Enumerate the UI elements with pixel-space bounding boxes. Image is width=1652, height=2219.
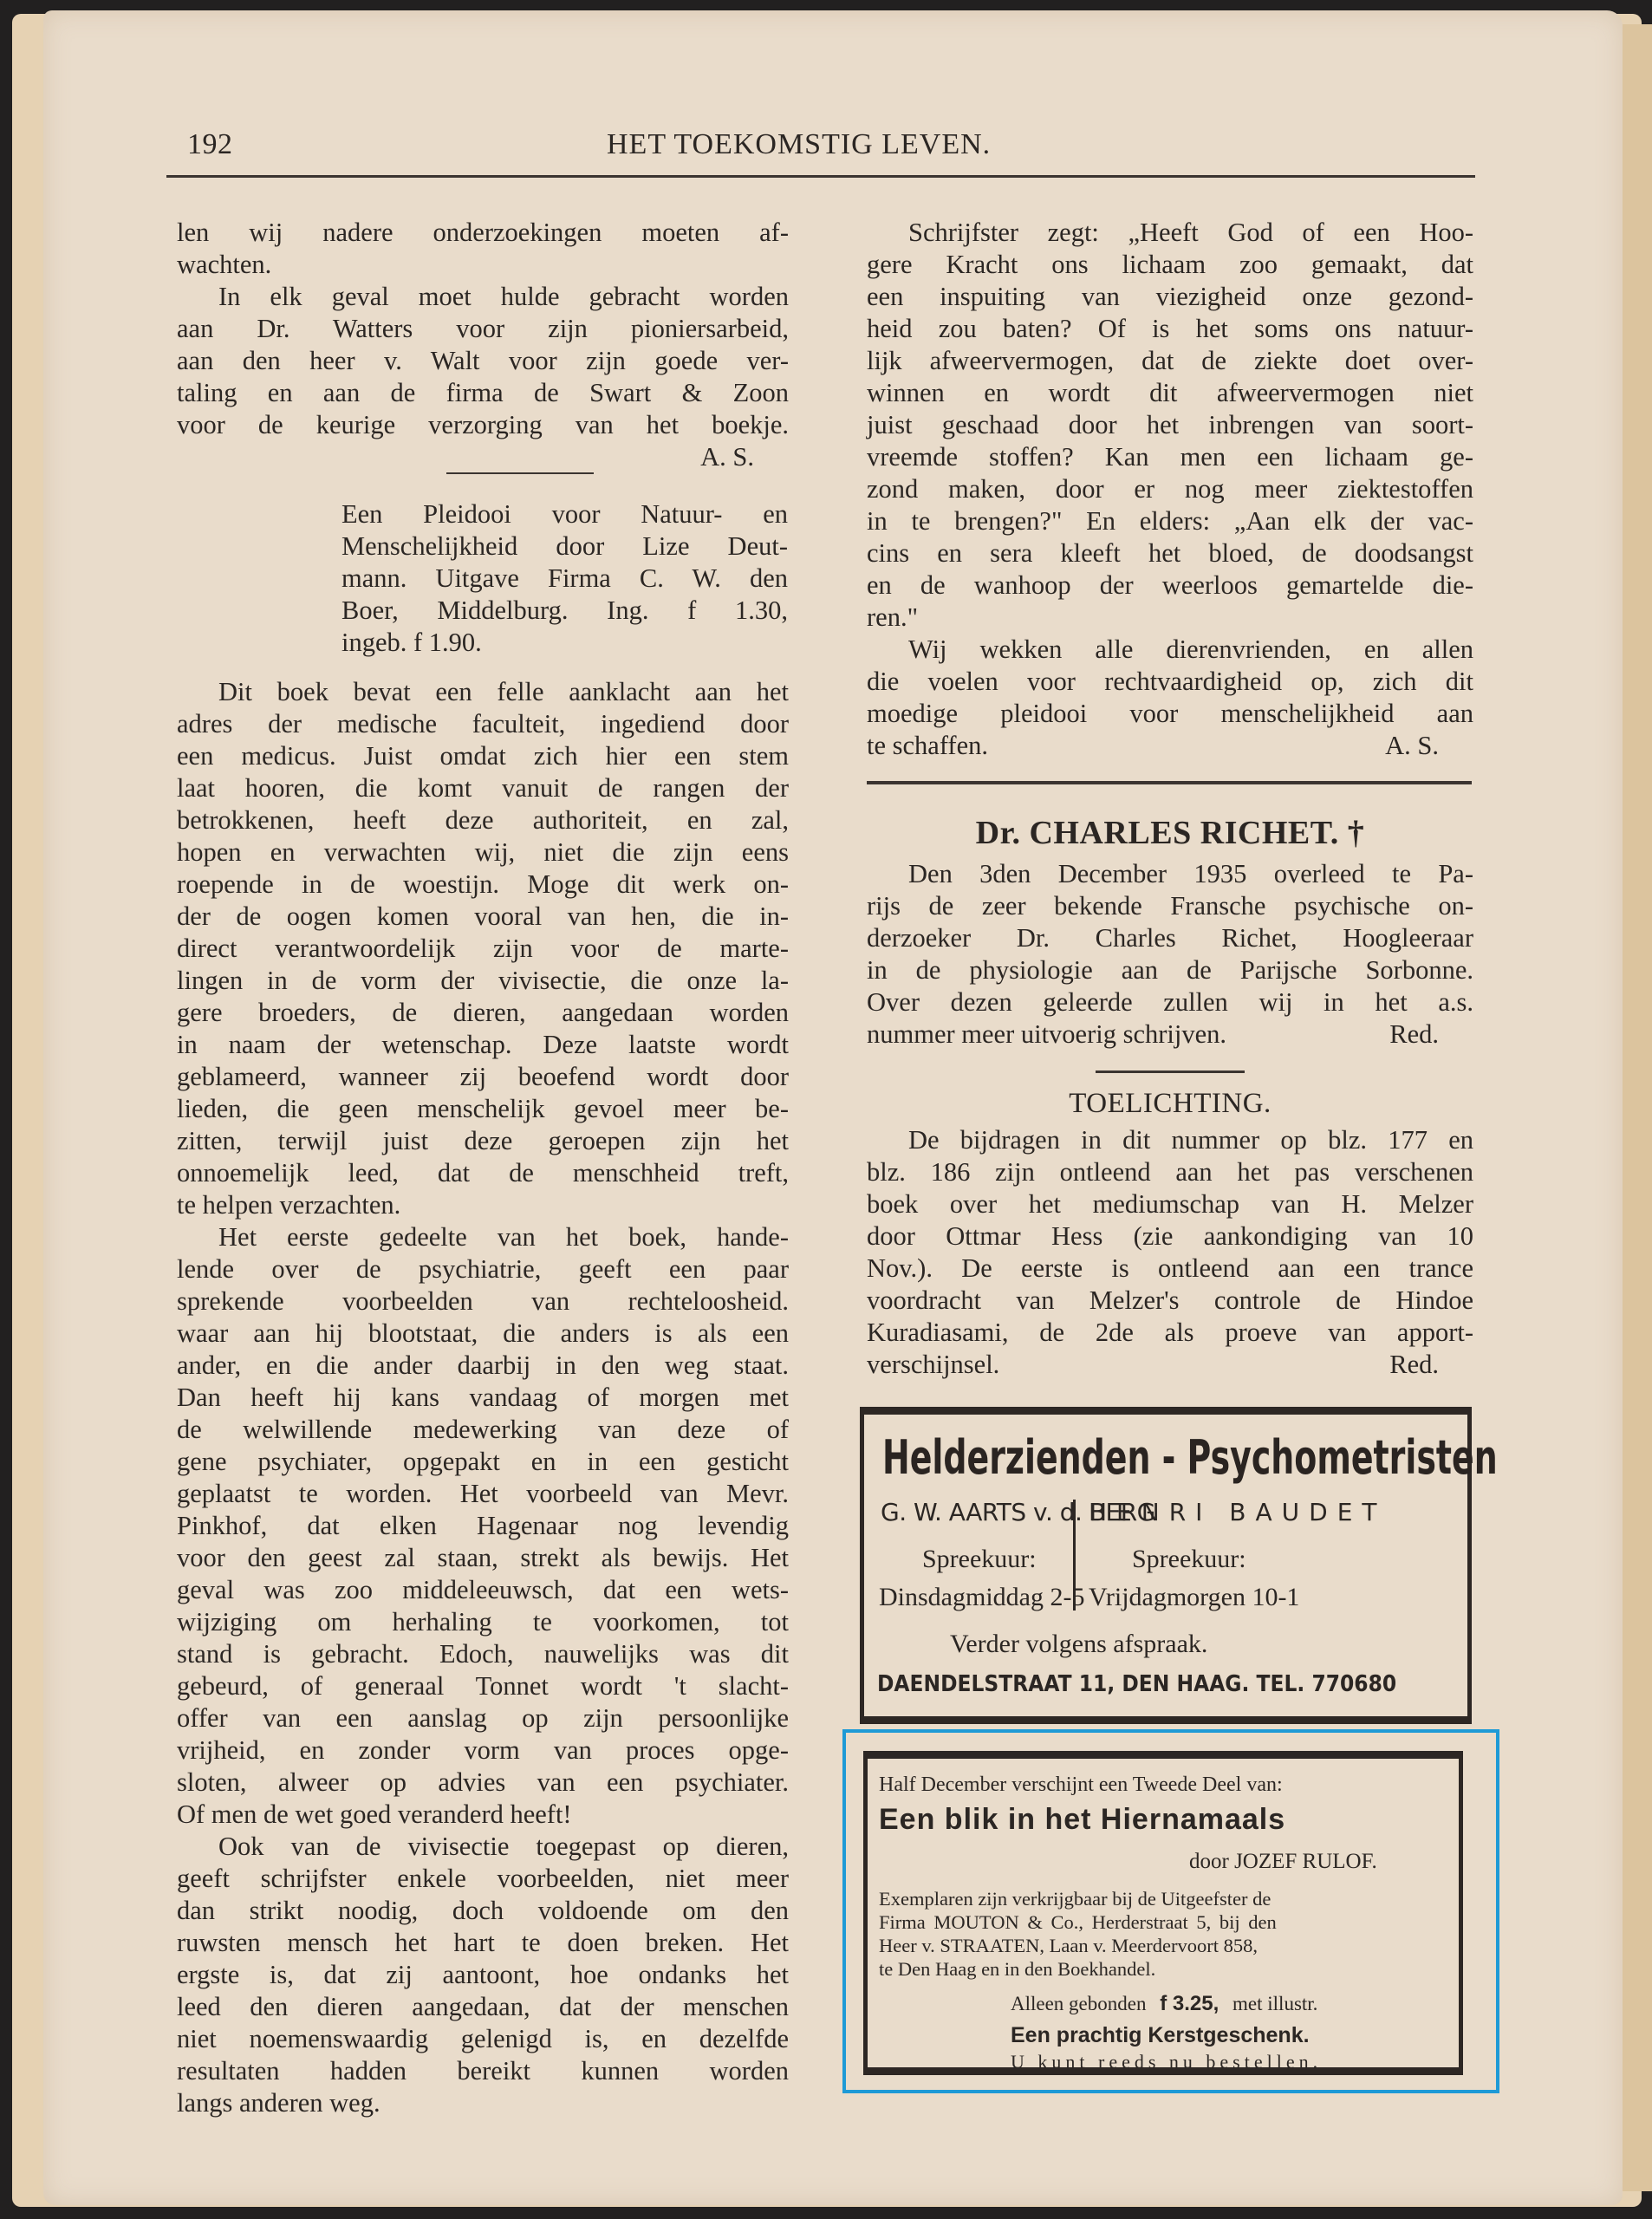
availability-line: Exemplaren zijn verkrijgbaar bij de Uitg… <box>879 1888 1271 1910</box>
text-line: ergste is, dat zij aantoont, hoe ondanks… <box>177 1959 789 1991</box>
text-line: resultaten hadden bereikt kunnen worden <box>177 2055 789 2087</box>
text-line: voor den geest zal staan, strekt als bew… <box>177 1542 789 1574</box>
book-title: Een blik in het Hiernamaals <box>879 1803 1285 1837</box>
text-line: lingen in de vorm der vivisectie, die on… <box>177 965 789 997</box>
text-line: Dit boek bevat een felle aanklacht aan h… <box>177 676 789 708</box>
text-line: in naam der wetenschap. Deze laatste wor… <box>177 1029 789 1061</box>
text-line: adres der medische faculteit, ingediend … <box>177 708 789 740</box>
text-line: lende over de psychiatrie, geeft een paa… <box>177 1253 789 1285</box>
book-author: door JOZEF RULOF. <box>1189 1850 1377 1874</box>
text-line: lijk afweervermogen, dat de ziekte doet … <box>867 345 1473 377</box>
text-line: door Ottmar Hess (zie aankondiging van 1… <box>867 1220 1473 1253</box>
ad-address: DAENDELSTRAAT 11, DEN HAAG. TEL. 770680 <box>877 1671 1396 1697</box>
text-line: vrijheid, en zonder vorm van proces opge… <box>177 1734 789 1767</box>
text-line: Menschelijkheid door Lize Deut- <box>341 530 788 563</box>
text-line: waar aan hij blootstaat, die anders is a… <box>177 1318 789 1350</box>
text-line: lieden, die geen menschelijk gevoel meer… <box>177 1093 789 1125</box>
signature: Red. <box>1389 1349 1439 1381</box>
text-line: direct verantwoordelijk zijn voor de mar… <box>177 933 789 965</box>
text-line: voordracht van Melzer's controle de Hind… <box>867 1285 1473 1317</box>
section-rule-thick <box>867 781 1472 784</box>
text-line: roepende in de woestijn. Moge dit werk o… <box>177 869 789 901</box>
text-line: Wij wekken alle dierenvrienden, en allen <box>867 634 1473 666</box>
text-line: der de oogen komen vooral van hen, die i… <box>177 901 789 933</box>
text-line: sloten, alweer op advies van een psychia… <box>177 1767 789 1799</box>
text-line: aan den heer v. Walt voor zijn goede ver… <box>177 345 789 377</box>
ad-headline: Helderzienden - Psychometristen <box>882 1430 1498 1485</box>
gift-slogan: Een prachtig Kerstgeschenk. <box>1011 2023 1310 2048</box>
text-line: blz. 186 zijn ontleend aan het pas versc… <box>867 1156 1473 1188</box>
text-line: heid zou baten? Of is het soms ons natuu… <box>867 313 1473 345</box>
text-line: geval was zoo middeleeuwsch, dat een wet… <box>177 1574 789 1606</box>
text-line: ruwsten mensch het hart te doen breken. … <box>177 1927 789 1959</box>
text-line: zitten, terwijl juist deze geroepen zijn… <box>177 1125 789 1157</box>
price: f 3.25, <box>1160 1992 1219 2015</box>
office-hours-left: Dinsdagmiddag 2-5 <box>879 1583 1084 1612</box>
text-line: Kuradiasami, de 2de als proeve van appor… <box>867 1317 1473 1349</box>
text-line: sprekende voorbeelden van rechteloosheid… <box>177 1285 789 1318</box>
price-suffix: met illustr. <box>1232 1993 1317 2014</box>
text-line: hopen en verwachten wij, niet die zijn e… <box>177 836 789 869</box>
text-line: niet noemenswaardig gelenigd is, en deze… <box>177 2023 789 2055</box>
text-line: Het eerste gedeelte van het boek, hande- <box>177 1221 789 1253</box>
page-number: 192 <box>187 128 233 161</box>
quote-section: Schrijfster zegt: „Heeft God of een Hoo-… <box>867 217 1473 762</box>
left-column: len wij nadere onderzoekingen moeten af-… <box>177 217 789 473</box>
text-line: Ook van de vivisectie toegepast op diere… <box>177 1831 789 1863</box>
text-line: juist geschaad door het inbrengen van so… <box>867 409 1473 441</box>
text-line: een medicus. Juist omdat zich hier een s… <box>177 740 789 772</box>
book-review: Dit boek bevat een felle aanklacht aan h… <box>177 676 789 2119</box>
price-line: Alleen gebonden f 3.25, met illustr. <box>1011 1992 1317 2016</box>
text-line: leed den dieren aangedaan, dat der mensc… <box>177 1991 789 2023</box>
office-hours-right: Vrijdagmorgen 10-1 <box>1089 1583 1299 1612</box>
text-line: wijziging om herhaling te voorkomen, tot <box>177 1606 789 1638</box>
text-line: Schrijfster zegt: „Heeft God of een Hoo- <box>867 217 1473 249</box>
text-line: Nov.). De eerste is ontleend aan een tra… <box>867 1253 1473 1285</box>
text-line: Boer, Middelburg. Ing. f 1.30, <box>341 595 788 627</box>
text-fragment: te schaffen. <box>867 730 988 762</box>
text-line: rijs de zeer bekende Fransche psychische… <box>867 890 1473 922</box>
text-line: langs anderen weg. <box>177 2087 789 2119</box>
text-line: boek over het mediumschap van H. Melzer <box>867 1188 1473 1220</box>
text-line: Dan heeft hij kans vandaag of morgen met <box>177 1382 789 1414</box>
text-line: laat hooren, die komt vanuit de rangen d… <box>177 772 789 804</box>
section-divider <box>1096 1070 1245 1073</box>
text-line: aan Dr. Watters voor zijn pioniersarbeid… <box>177 313 789 345</box>
text-line: verschijnsel. Red. <box>867 1349 1473 1381</box>
availability-line: te Den Haag en in den Boekhandel. <box>879 1958 1155 1981</box>
text-line: de welwillende medewerking van deze of <box>177 1414 789 1446</box>
text-line: Of men de wet goed veranderd heeft! <box>177 1799 789 1831</box>
text-line: moedige pleidooi voor menschelijkheid aa… <box>867 698 1473 730</box>
richet-heading: Dr. CHARLES RICHET. † <box>867 813 1473 853</box>
text-line: in de physiologie aan de Parijsche Sorbo… <box>867 954 1473 986</box>
signature: A. S. <box>1385 730 1439 762</box>
text-line: zond maken, door er nog meer ziektestoff… <box>867 473 1473 505</box>
text-line: derzoeker Dr. Charles Richet, Hoogleeraa… <box>867 922 1473 954</box>
text-line: winnen en wordt dit afweervermogen niet <box>867 377 1473 409</box>
signature: A. S. <box>177 441 789 473</box>
book-reference: Een Pleidooi voor Natuur- en Menschelijk… <box>341 498 788 659</box>
text-line: De bijdragen in dit nummer op blz. 177 e… <box>867 1124 1473 1156</box>
text-line: een inspuiting van viezigheid onze gezon… <box>867 281 1473 313</box>
text-fragment: nummer meer uitvoerig schrijven. <box>867 1018 1226 1051</box>
text-line: geblameerd, wanneer zij beoefend wordt d… <box>177 1061 789 1093</box>
ad-intro: Half December verschijnt een Tweede Deel… <box>879 1773 1283 1797</box>
toelichting-section: De bijdragen in dit nummer op blz. 177 e… <box>867 1124 1473 1381</box>
text-line: gere Kracht ons lichaam zoo gemaakt, dat <box>867 249 1473 281</box>
text-line: wachten. <box>177 249 789 281</box>
text-line: onnoemelijk leed, dat de menschheid tref… <box>177 1157 789 1189</box>
text-line: len wij nadere onderzoekingen moeten af- <box>177 217 789 249</box>
order-note: U kunt reeds nu bestellen. <box>1011 2051 1322 2073</box>
text-line: Pinkhof, dat elken Hagenaar nog levendig <box>177 1510 789 1542</box>
text-line: Den 3den December 1935 overleed te Pa- <box>867 858 1473 890</box>
text-line: Een Pleidooi voor Natuur- en <box>341 498 788 530</box>
text-line: en de wanhoop der weerloos gemartelde di… <box>867 569 1473 602</box>
office-hours-label-right: Spreekuur: <box>1132 1545 1246 1574</box>
text-line: ingeb. f 1.90. <box>341 627 788 659</box>
availability-line: Heer v. STRAATEN, Laan v. Meerdervoort 8… <box>879 1935 1258 1957</box>
text-line: gene psychiater, opgepakt en in een gest… <box>177 1446 789 1478</box>
section-divider <box>446 472 594 474</box>
signature: Red. <box>1389 1018 1439 1051</box>
text-line: betrokkenen, heeft deze authoriteit, en … <box>177 804 789 836</box>
header-rule <box>166 175 1475 178</box>
text-line: vreemde stoffen? Kan men een lichaam ge- <box>867 441 1473 473</box>
toelichting-heading: TOELICHTING. <box>867 1086 1473 1121</box>
text-line: In elk geval moet hulde gebracht worden <box>177 281 789 313</box>
text-line: Over dezen geleerde zullen wij in het a.… <box>867 986 1473 1018</box>
text-line: in te brengen?" En elders: „Aan elk der … <box>867 505 1473 537</box>
richet-section: Den 3den December 1935 overleed te Pa- r… <box>867 858 1473 1051</box>
text-line: voor de keurige verzorging van het boekj… <box>177 409 789 441</box>
text-line: geeft schrijfster enkele voorbeelden, ni… <box>177 1863 789 1895</box>
running-title: HET TOEKOMSTIG LEVEN. <box>607 128 991 161</box>
text-line: gebeurd, of generaal Tonnet wordt 't sla… <box>177 1670 789 1702</box>
text-line: dan strikt noodig, doch voldoende om den <box>177 1895 789 1927</box>
text-line: taling en aan de firma de Swart & Zoon <box>177 377 789 409</box>
practitioner-name-right: HENRI BAUDET <box>1089 1498 1387 1526</box>
appointment-note: Verder volgens afspraak. <box>950 1630 1207 1659</box>
text-line: mann. Uitgave Firma C. W. den <box>341 563 788 595</box>
text-line: stand is gebracht. Edoch, nauwelijks was… <box>177 1638 789 1670</box>
office-hours-label-left: Spreekuur: <box>922 1545 1037 1574</box>
text-line: offer van een aanslag op zijn persoonlij… <box>177 1702 789 1734</box>
text-line: ander, en die ander daarbij in den weg s… <box>177 1350 789 1382</box>
text-line: nummer meer uitvoerig schrijven. Red. <box>867 1018 1473 1051</box>
text-line: geplaatst te worden. Het voorbeeld van M… <box>177 1478 789 1510</box>
text-line: te schaffen. A. S. <box>867 730 1473 762</box>
next-page-edge <box>1623 24 1652 2191</box>
availability-line: Firma MOUTON & Co., Herderstraat 5, bij … <box>879 1911 1277 1934</box>
text-line: cins en sera kleeft het bloed, de doodsa… <box>867 537 1473 569</box>
text-line: ren." <box>867 602 1473 634</box>
text-line: te helpen verzachten. <box>177 1189 789 1221</box>
text-fragment: verschijnsel. <box>867 1349 999 1381</box>
price-prefix: Alleen gebonden <box>1011 1993 1146 2014</box>
text-line: gere broeders, de dieren, aangedaan word… <box>177 997 789 1029</box>
text-line: die voelen voor rechtvaardigheid op, zic… <box>867 666 1473 698</box>
